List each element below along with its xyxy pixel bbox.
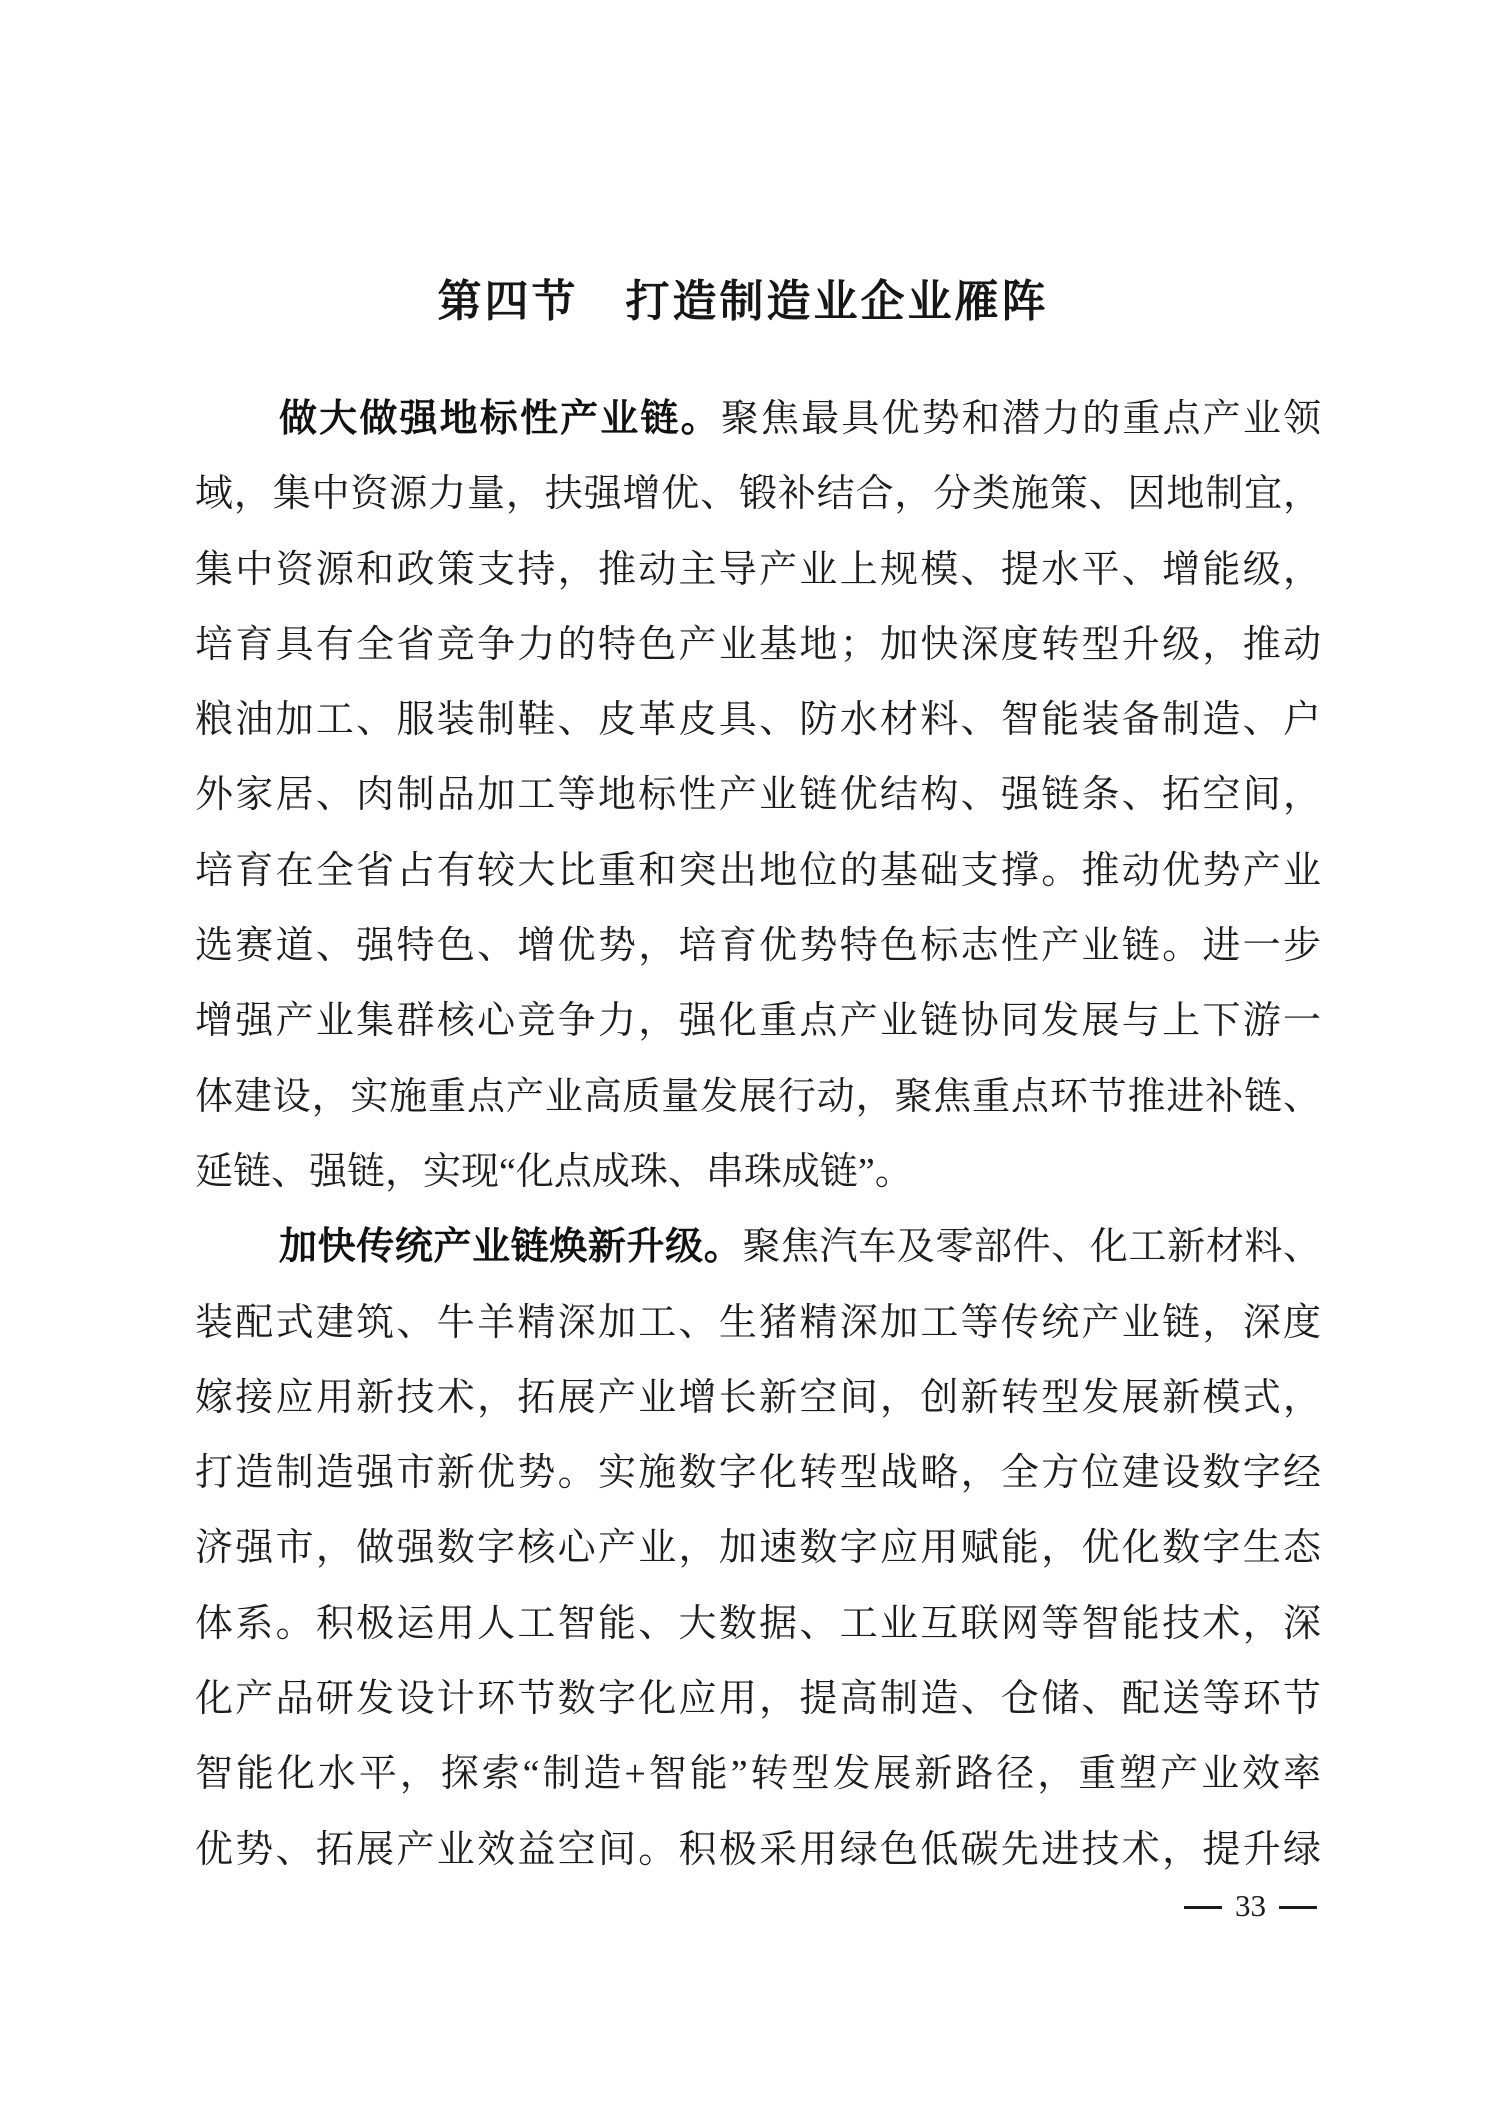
paragraph-lead: 加快传统产业链焕新升级。 — [279, 1226, 742, 1268]
text-line: 济强市，做强数字核心产业，加速数字应用赋能，优化数字生态 — [195, 1511, 1321, 1586]
text-line: 集中资源和政策支持，推动主导产业上规模、提水平、增能级， — [195, 533, 1321, 608]
text-line: 装配式建筑、牛羊精深加工、生猪精深加工等传统产业链，深度 — [195, 1286, 1321, 1361]
section-title: 第四节 打造制造业企业雁阵 — [0, 276, 1486, 328]
footer-dash-right — [1279, 1906, 1317, 1909]
text-line: 优势、拓展产业效益空间。积极采用绿色低碳先进技术，提升绿 — [195, 1813, 1321, 1888]
text-line: 打造制造强市新优势。实施数字化转型战略，全方位建设数字经 — [195, 1436, 1321, 1511]
text-line: 延链、强链，实现“化点成珠、串珠成链”。 — [195, 1135, 1321, 1210]
text-line: 选赛道、强特色、增优势，培育优势特色标志性产业链。进一步 — [195, 909, 1321, 984]
text-line: 嫁接应用新技术，拓展产业增长新空间，创新转型发展新模式， — [195, 1361, 1321, 1436]
text-line: 粮油加工、服装制鞋、皮革皮具、防水材料、智能装备制造、户 — [195, 683, 1321, 758]
text-line-text: 聚焦最具优势和潜力的重点产业领 — [721, 398, 1321, 440]
text-line: 培育具有全省竞争力的特色产业基地；加快深度转型升级，推动 — [195, 608, 1321, 683]
text-line: 智能化水平，探索“制造+智能”转型发展新路径，重塑产业效率 — [195, 1737, 1321, 1812]
text-line: 域，集中资源力量，扶强增优、锻补结合，分类施策、因地制宜， — [195, 457, 1321, 532]
page-number: 33 — [1235, 1888, 1266, 1924]
footer-dash-left — [1184, 1906, 1222, 1909]
text-line-text: 聚焦汽车及零部件、化工新材料、 — [742, 1226, 1321, 1268]
text-line: 加快传统产业链焕新升级。聚焦汽车及零部件、化工新材料、 — [195, 1210, 1321, 1285]
text-line: 化产品研发设计环节数字化应用，提高制造、仓储、配送等环节 — [195, 1662, 1321, 1737]
text-line: 体系。积极运用人工智能、大数据、工业互联网等智能技术，深 — [195, 1587, 1321, 1662]
text-line: 做大做强地标性产业链。聚焦最具优势和潜力的重点产业领 — [195, 382, 1321, 457]
document-body: 做大做强地标性产业链。聚焦最具优势和潜力的重点产业领 域，集中资源力量，扶强增优… — [195, 382, 1321, 1888]
text-line: 外家居、肉制品加工等地标性产业链优结构、强链条、拓空间， — [195, 758, 1321, 833]
document-page: 第四节 打造制造业企业雁阵 做大做强地标性产业链。聚焦最具优势和潜力的重点产业领… — [0, 0, 1486, 2103]
text-line: 增强产业集群核心竞争力，强化重点产业链协同发展与上下游一 — [195, 984, 1321, 1059]
paragraph-lead: 做大做强地标性产业链。 — [279, 398, 721, 440]
text-line: 培育在全省占有较大比重和突出地位的基础支撑。推动优势产业 — [195, 834, 1321, 909]
text-line: 体建设，实施重点产业高质量发展行动，聚焦重点环节推进补链、 — [195, 1060, 1321, 1135]
page-footer: 33 — [1184, 1888, 1317, 1924]
